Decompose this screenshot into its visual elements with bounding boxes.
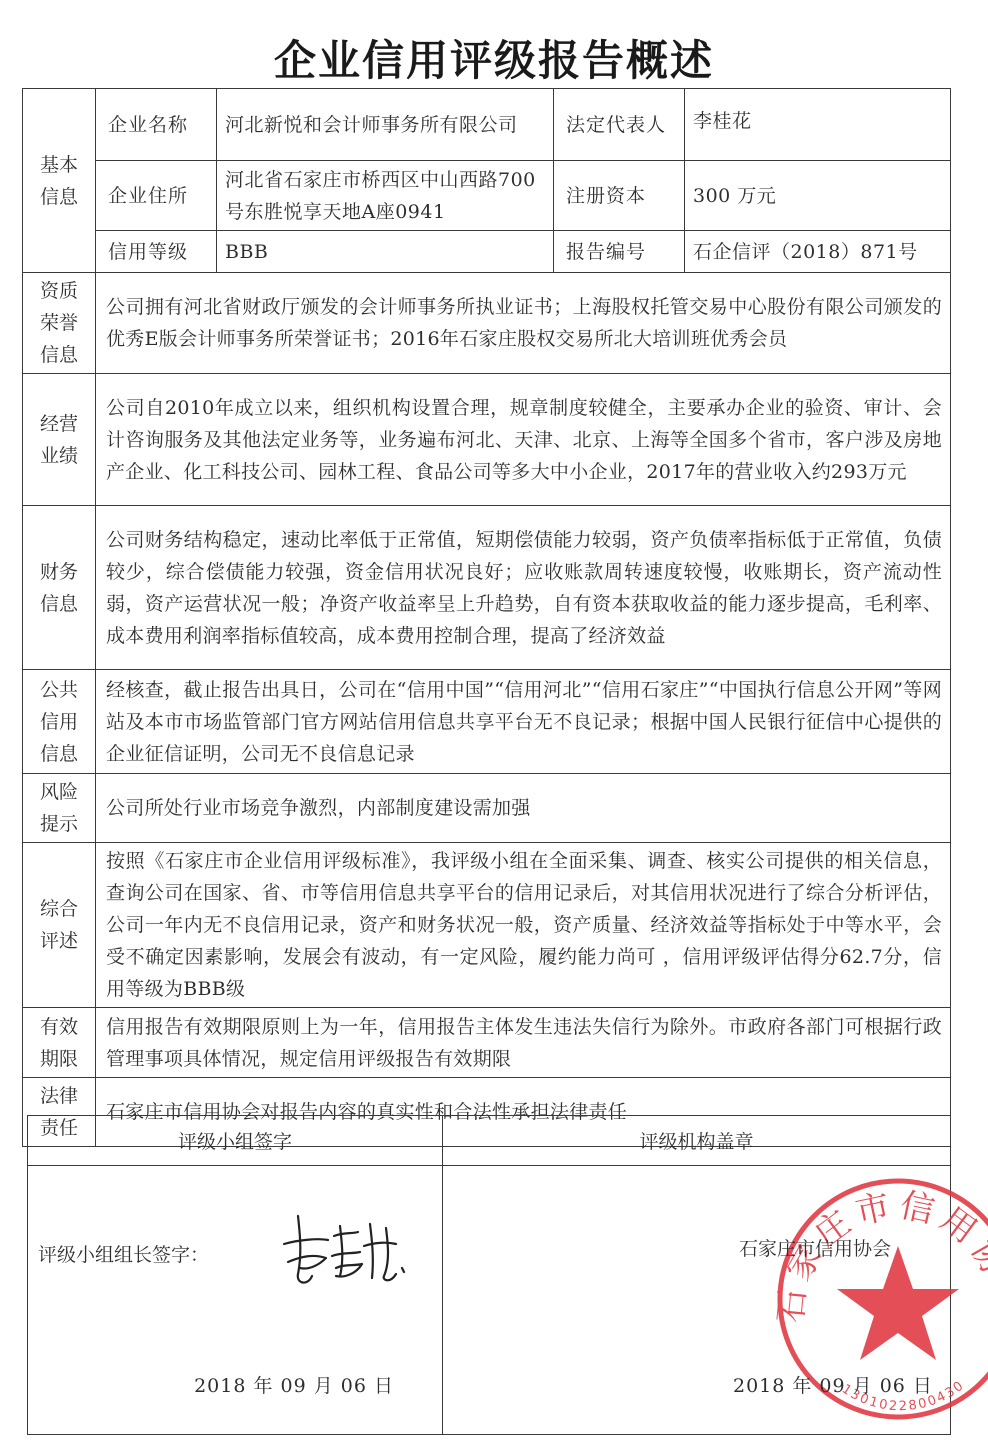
basic-info-row-company-name: 基本信息 企业名称 河北新悦和会计师事务所有限公司 法定代表人 李桂花	[23, 89, 951, 161]
team-signature-date: 2018 年 09 月 06 日	[194, 1371, 394, 1398]
leader-signature-label: 评级小组组长签字：	[38, 1240, 209, 1267]
basic-info-row-address: 企业住所 河北省石家庄市桥西区中山西路700号东胜悦享天地A座0941 注册资本…	[23, 161, 951, 231]
section-label-text: 公共信用信息	[40, 679, 78, 765]
section-content-financial-info: 公司财务结构稳定，速动比率低于正常值，短期偿债能力较弱，资产负债率指标低于正常值…	[96, 506, 951, 670]
section-label-risk-warning: 风险提示	[23, 774, 96, 843]
section-label-text: 经营业绩	[40, 413, 78, 467]
value-report-number: 石企信评（2018）871号	[685, 231, 951, 273]
section-content-validity-period: 信用报告有效期限原则上为一年，信用报告主体发生违法失信行为除外。市政府各部门可根…	[96, 1008, 951, 1078]
section-validity-period: 有效期限 信用报告有效期限原则上为一年，信用报告主体发生违法失信行为除外。市政府…	[23, 1008, 951, 1078]
section-label-text: 风险提示	[40, 781, 78, 835]
org-seal-cell: 石家庄市信用协会 1301022800430 石家庄市信用协会 2018 年 0…	[443, 1166, 951, 1435]
section-label-basic-info: 基本信息	[23, 89, 96, 273]
org-seal-header: 评级机构盖章	[443, 1116, 951, 1166]
section-content-overall-assessment: 按照《石家庄市企业信用评级标准》，我评级小组在全面采集、调查、核实公司提供的相关…	[96, 843, 951, 1008]
section-label-text: 资质荣誉信息	[40, 280, 78, 366]
section-qualifications: 资质荣誉信息 公司拥有河北省财政厅颁发的会计师事务所执业证书；上海股权托管交易中…	[23, 273, 951, 374]
section-label-text: 综合评述	[40, 898, 78, 952]
section-label-text: 财务信息	[40, 561, 78, 615]
signature-table: 评级小组签字 评级机构盖章 评级小组组长签字：	[27, 1115, 951, 1435]
basic-info-row-credit-rating: 信用等级 BBB 报告编号 石企信评（2018）871号	[23, 231, 951, 273]
section-content-risk-warning: 公司所处行业市场竞争激烈，内部制度建设需加强	[96, 774, 951, 843]
rating-org-name: 石家庄市信用协会	[739, 1234, 891, 1261]
value-company-address: 河北省石家庄市桥西区中山西路700号东胜悦享天地A座0941	[217, 161, 554, 231]
section-overall-assessment: 综合评述 按照《石家庄市企业信用评级标准》，我评级小组在全面采集、调查、核实公司…	[23, 843, 951, 1008]
team-signature-cell: 评级小组组长签字： 2018 年 09 月 06 日	[28, 1166, 443, 1435]
label-company-address: 企业住所	[96, 161, 217, 231]
section-label-text: 有效期限	[40, 1016, 78, 1070]
value-credit-rating: BBB	[217, 231, 554, 273]
section-content-qualifications: 公司拥有河北省财政厅颁发的会计师事务所执业证书；上海股权托管交易中心股份有限公司…	[96, 273, 951, 374]
section-financial-info: 财务信息 公司财务结构稳定，速动比率低于正常值，短期偿债能力较弱，资产负债率指标…	[23, 506, 951, 670]
label-company-name: 企业名称	[96, 89, 217, 161]
value-legal-representative: 李桂花	[685, 89, 951, 161]
value-registered-capital: 300 万元	[685, 161, 951, 231]
report-table: 基本信息 企业名称 河北新悦和会计师事务所有限公司 法定代表人 李桂花 企业住所…	[22, 88, 951, 1147]
section-risk-warning: 风险提示 公司所处行业市场竞争激烈，内部制度建设需加强	[23, 774, 951, 843]
section-label-text: 基本信息	[40, 154, 78, 208]
section-label-business-performance: 经营业绩	[23, 374, 96, 506]
section-content-public-credit-info: 经核查，截止报告出具日，公司在“信用中国”“信用河北”“信用石家庄”“中国执行信…	[96, 670, 951, 774]
section-label-qualifications: 资质荣誉信息	[23, 273, 96, 374]
document-title: 企业信用评级报告概述	[0, 28, 988, 88]
section-label-validity-period: 有效期限	[23, 1008, 96, 1078]
handwritten-signature-icon	[278, 1204, 418, 1294]
section-label-overall-assessment: 综合评述	[23, 843, 96, 1008]
value-company-name: 河北新悦和会计师事务所有限公司	[217, 89, 554, 161]
label-registered-capital: 注册资本	[554, 161, 685, 231]
org-seal-date: 2018 年 09 月 06 日	[733, 1371, 933, 1398]
label-legal-representative: 法定代表人	[554, 89, 685, 161]
label-report-number: 报告编号	[554, 231, 685, 273]
section-business-performance: 经营业绩 公司自2010年成立以来，组织机构设置合理，规章制度较健全，主要承办企…	[23, 374, 951, 506]
section-content-business-performance: 公司自2010年成立以来，组织机构设置合理，规章制度较健全，主要承办企业的验资、…	[96, 374, 951, 506]
section-label-public-credit-info: 公共信用信息	[23, 670, 96, 774]
team-signature-header: 评级小组签字	[28, 1116, 443, 1166]
section-public-credit-info: 公共信用信息 经核查，截止报告出具日，公司在“信用中国”“信用河北”“信用石家庄…	[23, 670, 951, 774]
section-label-financial-info: 财务信息	[23, 506, 96, 670]
label-credit-rating: 信用等级	[96, 231, 217, 273]
